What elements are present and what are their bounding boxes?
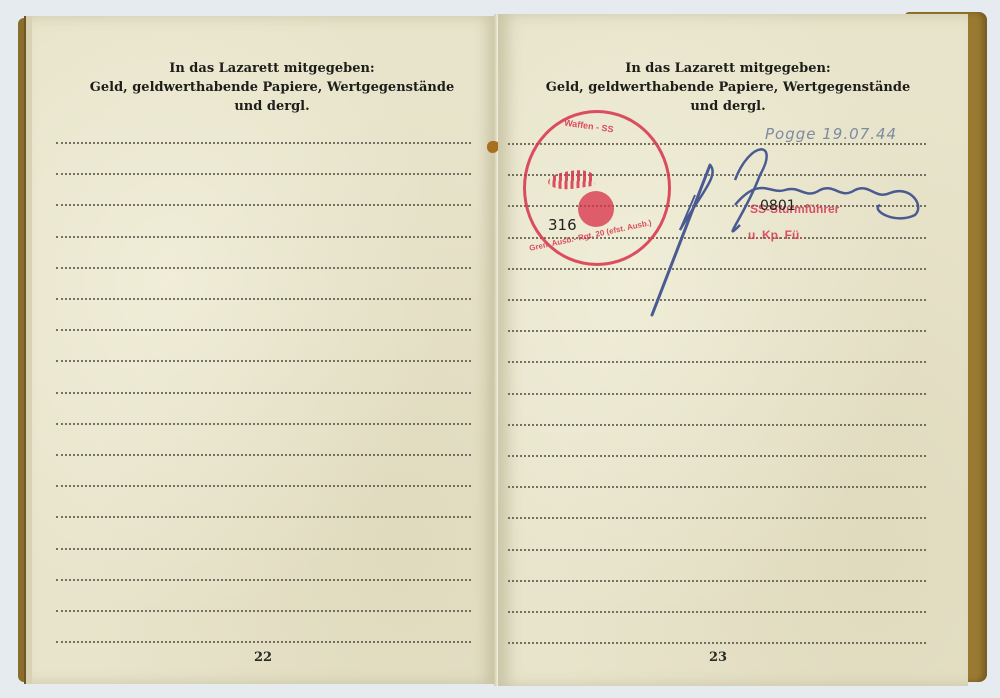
ruled-line — [508, 424, 926, 426]
scanned-booklet: In das Lazarett mitgegeben: Geld, geldwe… — [0, 0, 1000, 698]
ruled-line — [56, 142, 471, 144]
ruled-line — [508, 393, 926, 395]
ruled-line — [508, 642, 926, 644]
heading-line-3: und dergl. — [52, 97, 492, 116]
right-page-heading: In das Lazarett mitgegeben: Geld, geldwe… — [508, 59, 948, 116]
stamp-emblem-disc — [578, 191, 614, 227]
ruled-line — [56, 579, 471, 581]
ruled-line — [56, 423, 471, 425]
ruled-line — [56, 267, 471, 269]
ruled-line — [56, 392, 471, 394]
handwritten-number: 316 — [548, 216, 577, 234]
heading-line-1: In das Lazarett mitgegeben: — [508, 59, 948, 78]
ruled-line — [56, 298, 471, 300]
page-number-right: 23 — [709, 650, 727, 665]
heading-line-1: In das Lazarett mitgegeben: — [52, 59, 492, 78]
heading-line-2: Geld, geldwerthabende Papiere, Wertgegen… — [508, 78, 948, 97]
ruled-line — [508, 361, 926, 363]
left-page: In das Lazarett mitgegeben: Geld, geldwe… — [32, 16, 497, 684]
ruled-line — [508, 486, 926, 488]
ruled-line — [56, 173, 471, 175]
ruled-line — [56, 516, 471, 518]
ruled-line — [56, 485, 471, 487]
ruled-line — [56, 454, 471, 456]
ruled-line — [56, 329, 471, 331]
ruled-line — [56, 610, 471, 612]
page-number-left: 22 — [254, 650, 272, 665]
ruled-line — [508, 455, 926, 457]
ruled-line — [508, 517, 926, 519]
ruled-line — [56, 641, 471, 643]
ruled-line — [508, 580, 926, 582]
signature-scribble — [640, 135, 940, 325]
ruled-line — [508, 330, 926, 332]
ruled-line — [56, 548, 471, 550]
ruled-line — [508, 549, 926, 551]
ruled-line — [56, 360, 471, 362]
ruled-line — [56, 236, 471, 238]
ruled-line — [508, 611, 926, 613]
heading-line-2: Geld, geldwerthabende Papiere, Wertgegen… — [52, 78, 492, 97]
left-page-heading: In das Lazarett mitgegeben: Geld, geldwe… — [52, 59, 492, 116]
ruled-line — [56, 204, 471, 206]
